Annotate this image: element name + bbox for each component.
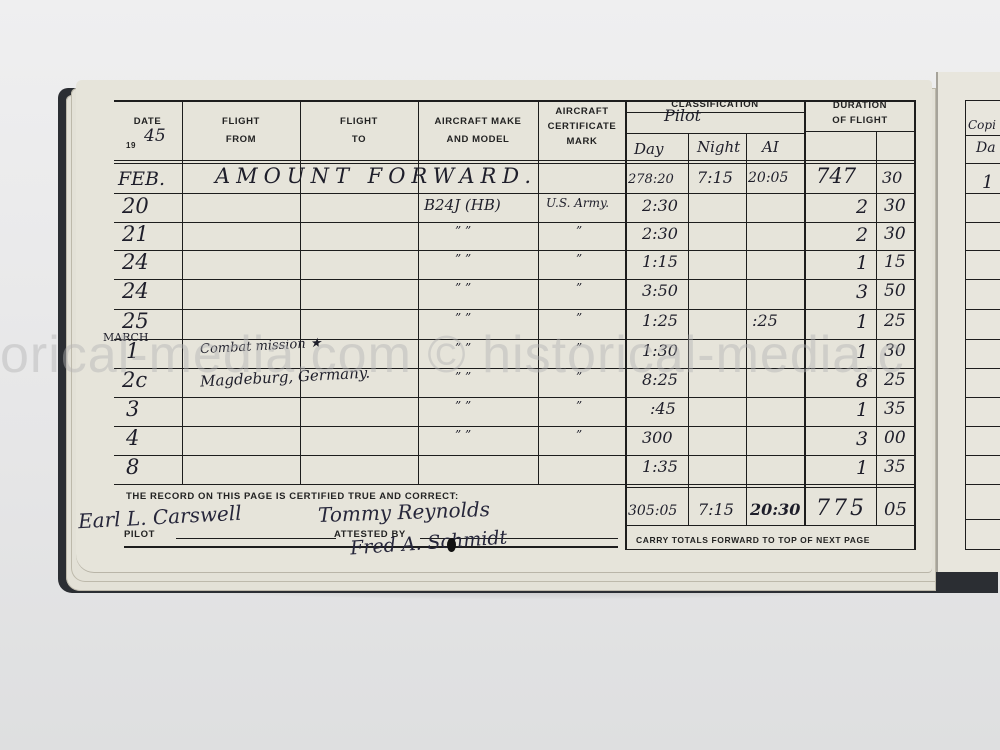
entry-cert: ” <box>576 224 582 238</box>
forward-month: FEB. <box>118 168 165 190</box>
entry-hours: 8 <box>856 370 868 392</box>
entry-cert: ” <box>576 281 582 295</box>
entry-hours: 1 <box>856 311 868 333</box>
rule-line <box>176 538 336 539</box>
entry-day: 2:30 <box>642 196 678 215</box>
rule-line <box>965 339 1000 340</box>
rule-line <box>965 250 1000 251</box>
rule-line <box>626 549 916 550</box>
entry-make: ” ” <box>455 399 471 413</box>
column-line <box>182 100 183 484</box>
entry-make: ” ” <box>455 281 471 295</box>
classification-pilot: Pilot <box>664 106 701 125</box>
header-aircraft-cert: AIRCRAFTCERTIFICATEMARK <box>538 104 626 149</box>
entry-minutes: 15 <box>884 252 906 272</box>
entry-hours: 3 <box>856 428 868 450</box>
header-flight-to: FLIGHTTO <box>300 114 418 147</box>
entry-make: ” ” <box>455 252 471 266</box>
rule-line <box>965 455 1000 456</box>
rule-line <box>965 397 1000 398</box>
entry-cert: ” <box>576 399 582 413</box>
entry-date: 2c <box>122 368 147 392</box>
year-prefix: 19 <box>126 138 136 153</box>
column-line <box>688 133 689 525</box>
entry-hours: 1 <box>856 457 868 479</box>
entry-day: 300 <box>642 428 673 447</box>
column-line <box>538 100 539 484</box>
rule-line <box>114 484 915 485</box>
entry-make: ” ” <box>455 370 471 384</box>
entry-minutes: 25 <box>884 311 906 331</box>
rule-line <box>965 222 1000 223</box>
entry-date: 24 <box>122 250 149 274</box>
class-col-night: Night <box>697 138 740 156</box>
next-page-header-2: Da <box>976 140 996 156</box>
column-line <box>914 100 916 550</box>
carry-forward-note: CARRY TOTALS FORWARD TO TOP OF NEXT PAGE <box>636 535 870 545</box>
total-ai: 20:30 <box>750 500 800 519</box>
column-line <box>418 100 419 484</box>
rule-line <box>965 309 1000 310</box>
entry-month: MARCH <box>103 331 149 344</box>
entry-day: 1:25 <box>642 311 678 330</box>
entry-day: 8:25 <box>642 370 678 389</box>
entry-minutes: 25 <box>884 370 906 390</box>
forward-night: 7:15 <box>697 168 733 187</box>
rule-line <box>626 487 916 488</box>
entry-date: 21 <box>122 222 149 246</box>
entry-hours: 1 <box>856 399 868 421</box>
rule-line <box>114 279 915 280</box>
entry-cert: ” <box>576 370 582 384</box>
total-day: 305:05 <box>628 503 677 519</box>
amount-forward-label: AMOUNT FORWARD. <box>215 164 537 188</box>
column-line <box>965 100 966 550</box>
entry-hours: 1 <box>856 252 868 274</box>
next-page-header-1: Copi <box>968 118 996 132</box>
entry-minutes: 35 <box>884 399 906 419</box>
entry-day: :45 <box>650 399 676 418</box>
forward-minutes: 30 <box>882 168 902 187</box>
next-page-value: 1 <box>982 172 993 193</box>
rule-line <box>965 549 1000 550</box>
total-minutes: 05 <box>884 499 907 520</box>
entry-minutes: 50 <box>884 281 906 301</box>
entry-hours: 1 <box>856 341 868 363</box>
rule-line <box>965 100 1000 101</box>
entry-cert: ” <box>576 341 582 355</box>
entry-cert: U.S. Army. <box>546 196 609 210</box>
entry-date: 20 <box>122 194 149 218</box>
header-classification: CLASSIFICATION <box>626 97 804 112</box>
forward-day: 278:20 <box>628 172 674 187</box>
entry-day: 1:15 <box>642 252 678 271</box>
entry-ai: :25 <box>752 311 778 330</box>
entry-minutes: 30 <box>884 341 906 361</box>
entry-date: 3 <box>126 397 139 421</box>
entry-make: ” ” <box>455 341 471 355</box>
entry-date: 8 <box>126 455 139 479</box>
header-aircraft-make: AIRCRAFT MAKEAND MODEL <box>418 114 538 147</box>
rule-line <box>626 112 804 113</box>
rule-line <box>114 368 915 369</box>
rule-line <box>965 279 1000 280</box>
column-line <box>876 131 877 525</box>
class-col-day: Day <box>634 140 663 158</box>
entry-make: B24J (HB) <box>424 196 501 214</box>
column-line <box>804 100 806 525</box>
class-col-ai: AI <box>762 138 779 156</box>
rule-line <box>965 163 1000 164</box>
entry-hours: 3 <box>856 281 868 303</box>
entry-day: 2:30 <box>642 224 678 243</box>
entry-minutes: 30 <box>884 224 906 244</box>
rule-line <box>114 426 915 427</box>
rule-line <box>804 131 915 132</box>
entry-minutes: 00 <box>884 428 906 448</box>
forward-ai: 20:05 <box>748 170 788 186</box>
entry-make: ” ” <box>455 224 471 238</box>
rule-line <box>626 525 916 526</box>
entry-cert: ” <box>576 428 582 442</box>
rule-line <box>965 426 1000 427</box>
entry-day: 1:35 <box>642 457 678 476</box>
entry-cert: ” <box>576 311 582 325</box>
header-flight-from: FLIGHTFROM <box>182 114 300 147</box>
entry-date: 25 <box>122 309 149 333</box>
rule-line <box>114 250 915 251</box>
entry-minutes: 35 <box>884 457 906 477</box>
column-line <box>746 133 747 525</box>
rule-line <box>965 193 1000 194</box>
total-hours: 775 <box>816 496 867 521</box>
entry-cert: ” <box>576 252 582 266</box>
entry-hours: 2 <box>856 196 868 218</box>
rule-line <box>114 193 915 194</box>
rule-line <box>114 455 915 456</box>
year-value: 45 <box>144 126 166 146</box>
rule-line <box>114 309 915 310</box>
total-night: 7:15 <box>698 500 734 519</box>
forward-hours: 747 <box>816 164 856 188</box>
entry-day: 1:30 <box>642 341 678 360</box>
rule-line <box>965 135 1000 136</box>
column-line <box>625 100 627 550</box>
entry-make: ” ” <box>455 311 471 325</box>
ink-blot <box>447 538 456 552</box>
rule-line <box>965 519 1000 520</box>
rule-line <box>114 397 915 398</box>
entry-day: 3:50 <box>642 281 678 300</box>
header-duration: DURATIONOF FLIGHT <box>804 98 916 128</box>
entry-make: ” ” <box>455 428 471 442</box>
entry-date: 24 <box>122 279 149 303</box>
entry-hours: 2 <box>856 224 868 246</box>
column-line <box>300 100 301 484</box>
entry-date: 4 <box>126 426 139 450</box>
rule-line <box>626 133 804 134</box>
rule-line <box>114 160 915 161</box>
rule-line <box>965 368 1000 369</box>
rule-line <box>965 484 1000 485</box>
entry-minutes: 30 <box>884 196 906 216</box>
rule-line <box>114 222 915 223</box>
